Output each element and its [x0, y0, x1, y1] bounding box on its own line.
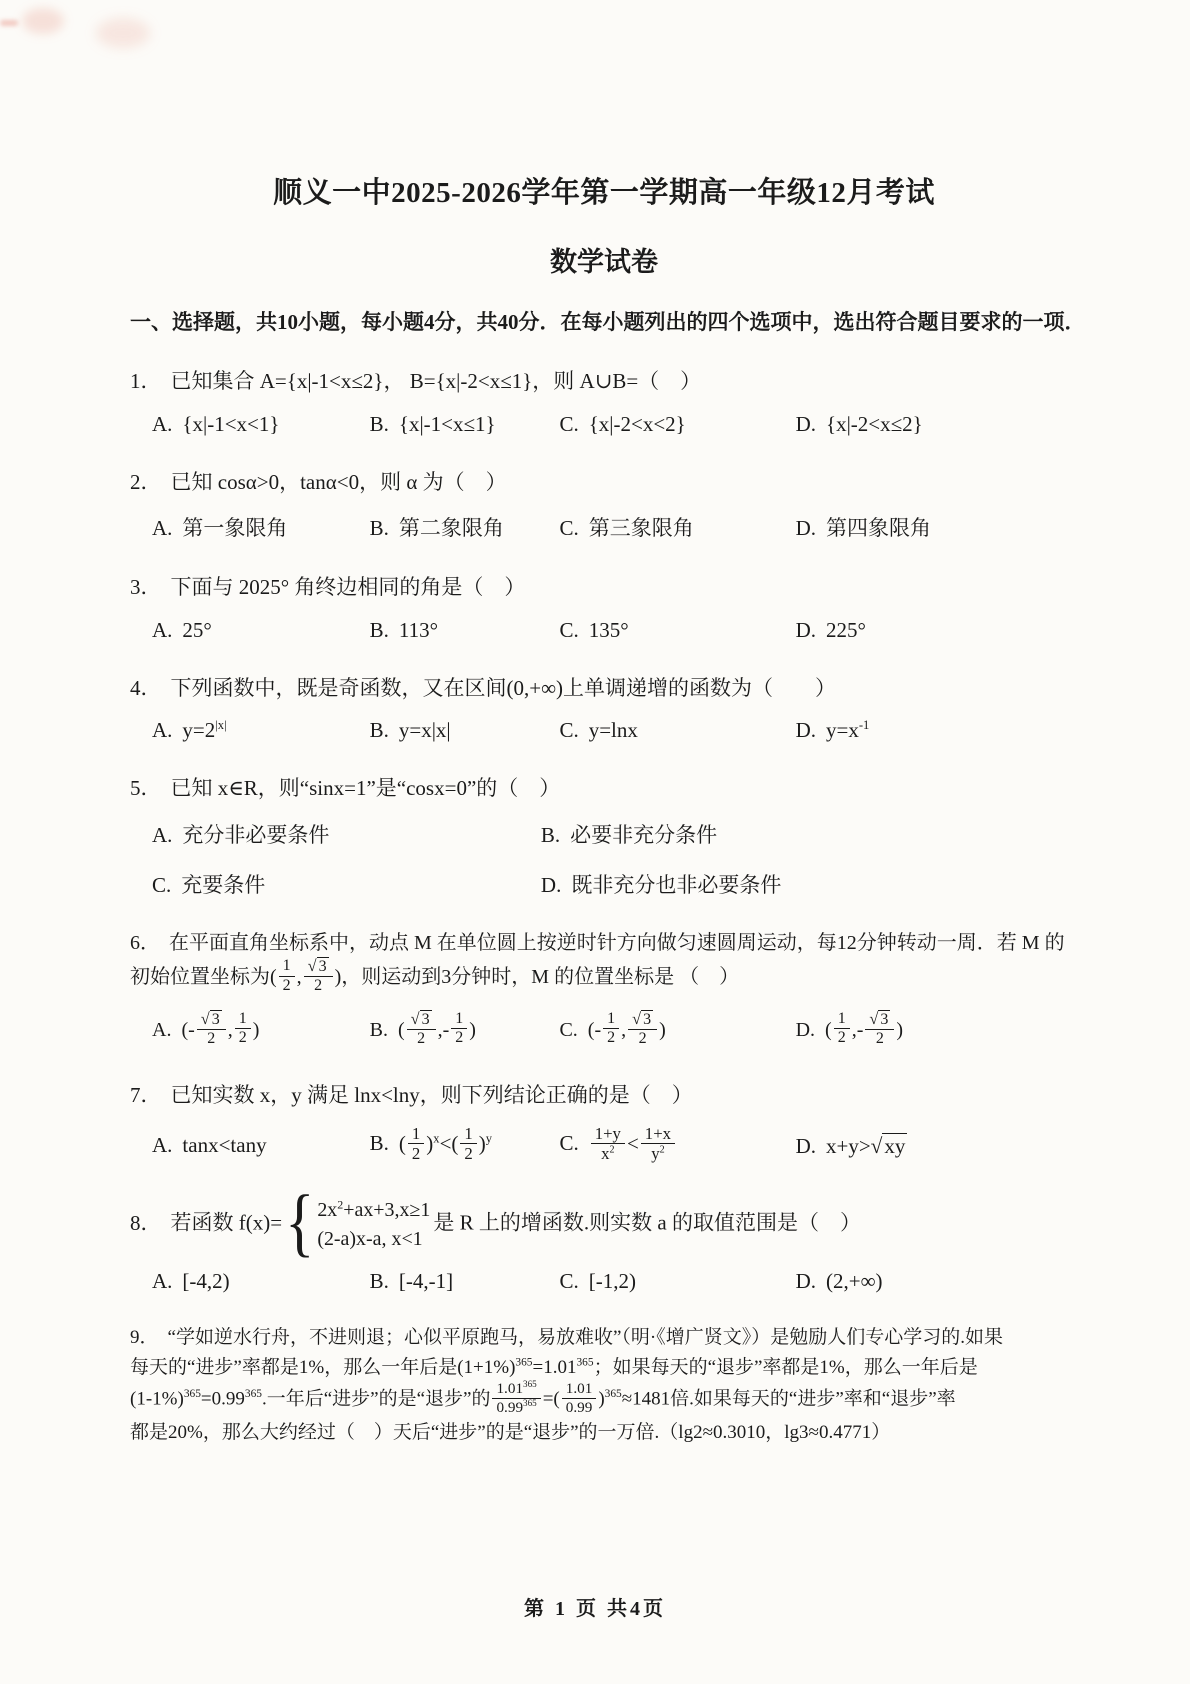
option-4C: C.y=lnx	[559, 718, 795, 743]
scan-smudge	[96, 18, 150, 48]
option-2C: C.第三象限角	[559, 512, 795, 542]
option-1B: B.{x|-1<x≤1}	[370, 412, 560, 437]
option-label: B.	[370, 718, 389, 742]
question-8: 8．若函数 f(x)={2x2+ax+3,x≥1(2-a)x-a, x<1是 R…	[130, 1194, 1078, 1294]
question-6-options: A.(-√32,12)B.(√32,-12)C.(-12,√32)D.(12,-…	[130, 1012, 1078, 1051]
question-list: 1．已知集合 A={x|-1<x≤2}， B={x|-2<x≤1}，则 A∪B=…	[130, 365, 1078, 1448]
question-7-options: A.tanx<tanyB.(12)x<(12)yC.1+yx2<1+xy2D.x…	[130, 1126, 1078, 1166]
option-7D: D.x+y>√xy	[796, 1133, 1078, 1159]
question-2-options: A.第一象限角B.第二象限角C.第三象限角D.第四象限角	[130, 512, 1078, 542]
option-5C: C.充要条件	[152, 869, 541, 899]
option-label: A.	[152, 1269, 172, 1293]
option-label: C.	[559, 412, 578, 436]
option-label: C.	[152, 873, 171, 897]
scan-smudge	[0, 20, 18, 26]
option-2B: B.第二象限角	[370, 512, 560, 542]
option-label: C.	[559, 516, 578, 540]
option-7B: B.(12)x<(12)y	[370, 1126, 560, 1166]
question-4: 4．下列函数中，既是奇函数，又在区间(0,+∞)上单调递增的函数为（ ）A.y=…	[130, 672, 1078, 744]
question-3-options: A.25°B.113°C.135°D.225°	[130, 618, 1078, 643]
option-label: A.	[152, 718, 172, 742]
option-2A: A.第一象限角	[152, 512, 370, 542]
question-6: 6．在平面直角坐标系中，动点 M 在单位圆上按逆时针方向做匀速圆周运动，每12分…	[130, 928, 1078, 1051]
option-label: B.	[370, 1131, 389, 1155]
option-label: A.	[152, 412, 172, 436]
option-7C: C.1+yx2<1+xy2	[559, 1126, 795, 1166]
page-subtitle: 数学试卷	[130, 240, 1078, 279]
question-8-number: 8．	[130, 1211, 162, 1235]
option-label: D.	[796, 1134, 816, 1158]
question-4-options: A.y=2|x|B.y=x|x|C.y=lnxD.y=x-1	[130, 718, 1078, 743]
option-label: C.	[559, 1269, 578, 1293]
option-label: D.	[796, 1019, 815, 1041]
question-7-stem-line-1: 7．已知实数 x，y 满足 lnx<lny，则下列结论正确的是（ ）	[130, 1079, 1078, 1112]
question-7: 7．已知实数 x，y 满足 lnx<lny，则下列结论正确的是（ ）A.tanx…	[130, 1079, 1078, 1165]
option-3A: A.25°	[152, 618, 370, 643]
option-label: B.	[370, 412, 389, 436]
option-4A: A.y=2|x|	[152, 718, 370, 743]
question-3-number: 3．	[130, 575, 162, 599]
option-8D: D.(2,+∞)	[796, 1269, 1078, 1294]
option-3B: B.113°	[370, 618, 560, 643]
question-3-stem-line-1: 3．下面与 2025° 角终边相同的角是（ ）	[130, 571, 1078, 604]
question-6-number: 6．	[130, 932, 160, 954]
question-1: 1．已知集合 A={x|-1<x≤2}， B={x|-2<x≤1}，则 A∪B=…	[130, 365, 1078, 437]
option-label: B.	[370, 516, 389, 540]
option-4B: B.y=x|x|	[370, 718, 560, 743]
option-label: B.	[541, 823, 560, 847]
question-4-number: 4．	[130, 676, 162, 700]
exam-paper-page: 顺义一中2025-2026学年第一学期高一年级12月考试 数学试卷 一、选择题，…	[0, 0, 1190, 1684]
question-9-stem-line-3: (1-1%)365=0.99365.一年后“进步”的是“退步”的1.013650…	[130, 1382, 1078, 1418]
option-label: B.	[370, 1269, 389, 1293]
option-label: D.	[541, 873, 561, 897]
option-2D: D.第四象限角	[796, 512, 1078, 542]
option-7A: A.tanx<tany	[152, 1133, 370, 1158]
question-3: 3．下面与 2025° 角终边相同的角是（ ）A.25°B.113°C.135°…	[130, 571, 1078, 643]
option-4D: D.y=x-1	[796, 718, 1078, 743]
question-5-number: 5．	[130, 776, 162, 800]
question-6-stem-line-1: 6．在平面直角坐标系中，动点 M 在单位圆上按逆时针方向做匀速圆周运动，每12分…	[130, 928, 1078, 959]
question-2: 2．已知 cosα>0，tanα<0，则 α 为（ ）A.第一象限角B.第二象限…	[130, 466, 1078, 543]
option-label: C.	[559, 618, 578, 642]
option-8B: B.[-4,-1]	[370, 1269, 560, 1294]
option-1C: C.{x|-2<x<2}	[559, 412, 795, 437]
option-label: A.	[152, 1019, 171, 1041]
question-9-stem-line-2: 每天的“进步”率都是1%，那么一年后是(1+1%)365=1.01365；如果每…	[130, 1353, 1078, 1382]
question-4-stem-line-1: 4．下列函数中，既是奇函数，又在区间(0,+∞)上单调递增的函数为（ ）	[130, 672, 1078, 705]
question-9: 9．“学如逆水行舟，不进则退；心似平原跑马，易放难收”（明·《增广贤文》）是勉励…	[130, 1323, 1078, 1447]
option-3C: C.135°	[559, 618, 795, 643]
option-label: B.	[370, 618, 389, 642]
option-label: A.	[152, 1133, 172, 1157]
question-9-stem-line-1: 9．“学如逆水行舟，不进则退；心似平原跑马，易放难收”（明·《增广贤文》）是勉励…	[130, 1323, 1078, 1352]
option-3D: D.225°	[796, 618, 1078, 643]
question-8-options: A.[-4,2)B.[-4,-1]C.[-1,2)D.(2,+∞)	[130, 1269, 1078, 1294]
option-label: A.	[152, 823, 172, 847]
option-label: C.	[559, 1019, 577, 1041]
option-6A: A.(-√32,12)	[152, 1012, 370, 1051]
option-label: B.	[370, 1019, 388, 1041]
question-5-stem-line-1: 5．已知 x∈R，则“sinx=1”是“cosx=0”的（ ）	[130, 772, 1078, 805]
question-9-stem-line-4: 都是20%，那么大约经过（ ）天后“进步”的是“退步”的一万倍.（lg2≈0.3…	[130, 1418, 1078, 1447]
question-9-number: 9．	[130, 1327, 159, 1348]
option-8C: C.[-1,2)	[559, 1269, 795, 1294]
question-1-stem-line-1: 1．已知集合 A={x|-1<x≤2}， B={x|-2<x≤1}，则 A∪B=…	[130, 365, 1078, 398]
option-5D: D.既非充分也非必要条件	[541, 869, 1078, 899]
question-8-stem-line-1: 8．若函数 f(x)={2x2+ax+3,x≥1(2-a)x-a, x<1是 R…	[130, 1194, 1078, 1255]
option-label: C.	[559, 1131, 578, 1155]
option-label: D.	[796, 1269, 816, 1293]
question-7-number: 7．	[130, 1083, 162, 1107]
page-title: 顺义一中2025-2026学年第一学期高一年级12月考试	[130, 170, 1078, 211]
option-label: D.	[796, 718, 816, 742]
option-6B: B.(√32,-12)	[370, 1012, 560, 1051]
question-5: 5．已知 x∈R，则“sinx=1”是“cosx=0”的（ ）A.充分非必要条件…	[130, 772, 1078, 899]
option-5A: A.充分非必要条件	[152, 819, 541, 849]
option-8A: A.[-4,2)	[152, 1269, 370, 1294]
option-6D: D.(12,-√32)	[796, 1012, 1078, 1051]
question-2-number: 2．	[130, 470, 162, 494]
option-1A: A.{x|-1<x<1}	[152, 412, 370, 437]
option-label: A.	[152, 618, 172, 642]
option-1D: D.{x|-2<x≤2}	[796, 412, 1078, 437]
option-label: D.	[796, 412, 816, 436]
question-6-stem-line-2: 初始位置坐标为(12,√32)，则运动到3分钟时，M 的位置坐标是 （ ）	[130, 959, 1078, 998]
section-header: 一、选择题，共10小题，每小题4分，共40分．在每小题列出的四个选项中，选出符合…	[130, 306, 1078, 336]
option-6C: C.(-12,√32)	[559, 1012, 795, 1051]
question-5-options: A.充分非必要条件B.必要非充分条件C.充要条件D.既非充分也非必要条件	[130, 819, 1078, 899]
option-label: A.	[152, 516, 172, 540]
page-footer: 第 1 页 共4页	[0, 1592, 1190, 1621]
option-label: C.	[559, 718, 578, 742]
option-5B: B.必要非充分条件	[541, 819, 1078, 849]
question-1-number: 1．	[130, 369, 162, 393]
option-label: D.	[796, 618, 816, 642]
question-2-stem-line-1: 2．已知 cosα>0，tanα<0，则 α 为（ ）	[130, 466, 1078, 499]
scan-smudge	[22, 8, 64, 34]
question-1-options: A.{x|-1<x<1}B.{x|-1<x≤1}C.{x|-2<x<2}D.{x…	[130, 412, 1078, 437]
option-label: D.	[796, 516, 816, 540]
